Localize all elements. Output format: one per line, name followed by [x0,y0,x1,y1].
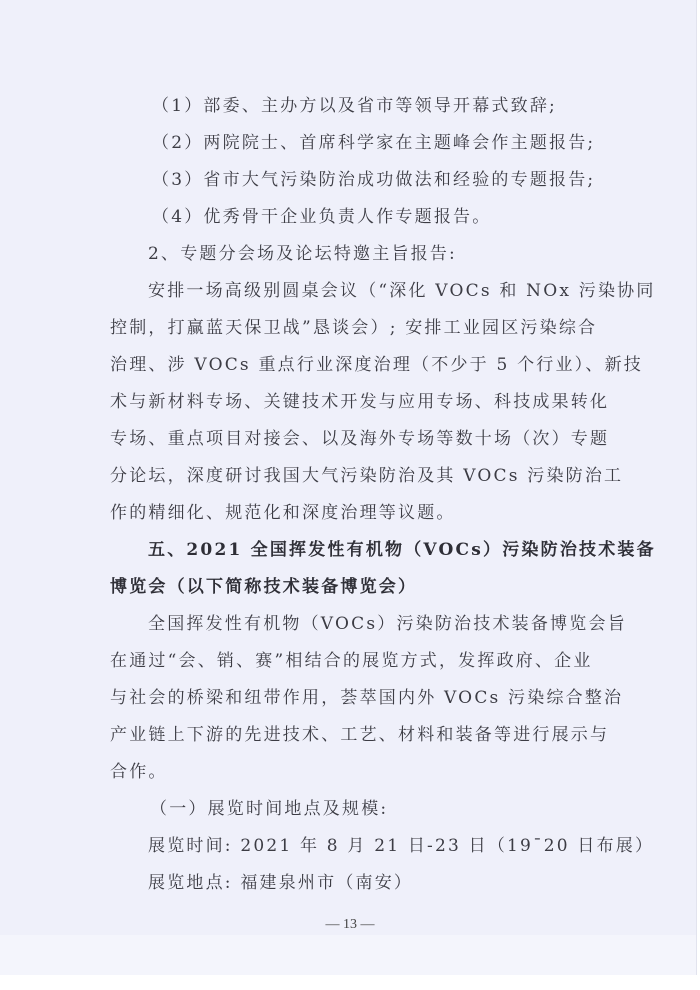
section-5-paragraph-line: 全国挥发性有机物（VOCs）污染防治技术装备博览会旨 [148,613,627,635]
section-2-paragraph-line: 安排一场高级别圆桌会议（“深化 VOCs 和 NOx 污染协同 [148,280,656,302]
section-5-paragraph-line: 合作。 [110,761,168,783]
section-2-heading: 2、专题分会场及论坛特邀主旨报告: [148,243,457,265]
section-2-paragraph-line: 分论坛，深度研讨我国大气污染防治及其 VOCs 污染防治工 [110,465,623,487]
section-5-paragraph-line: 在通过“会、销、赛”相结合的展览方式，发挥政府、企业 [110,650,593,672]
page-number: — 13 — [0,917,700,933]
section-5-heading-cont: 博览会（以下简称技术装备博览会） [110,576,417,598]
section-2-paragraph-line: 专场、重点项目对接会、以及海外专场等数十场（次）专题 [110,428,609,450]
list-item-4: （4）优秀骨干企业负责人作专题报告。 [152,206,491,228]
page-bottom-strip [0,935,696,975]
section-5-paragraph-line: 与社会的桥梁和纽带作用，荟萃国内外 VOCs 污染综合整治 [110,687,623,709]
section-2-paragraph-line: 控制，打赢蓝天保卫战”恳谈会）; 安排工业园区污染综合 [110,317,597,339]
section-2-paragraph-line: 治理、涉 VOCs 重点行业深度治理（不少于 5 个行业）、新技 [110,354,643,376]
subsection-1-heading: （一）展览时间地点及规模: [150,798,388,820]
section-2-paragraph-line: 作的精细化、规范化和深度治理等议题。 [110,502,456,524]
section-2-paragraph-line: 术与新材料专场、关键技术开发与应用专场、科技成果转化 [110,391,609,413]
section-5-paragraph-line: 产业链上下游的先进技术、工艺、材料和装备等进行展示与 [110,724,609,746]
list-item-3: （3）省市大气污染防治成功做法和经验的专题报告; [152,169,595,191]
list-item-1: （1）部委、主办方以及省市等领导开幕式致辞; [152,95,557,117]
exhibition-time: 展览时间: 2021 年 8 月 21 日-23 日（19¯20 日布展） [148,835,654,857]
section-5-heading: 五、2021 全国挥发性有机物（VOCs）污染防治技术装备 [148,539,656,561]
exhibition-location: 展览地点: 福建泉州市（南安） [148,872,413,894]
list-item-2: （2）两院院士、首席科学家在主题峰会作主题报告; [152,132,595,154]
